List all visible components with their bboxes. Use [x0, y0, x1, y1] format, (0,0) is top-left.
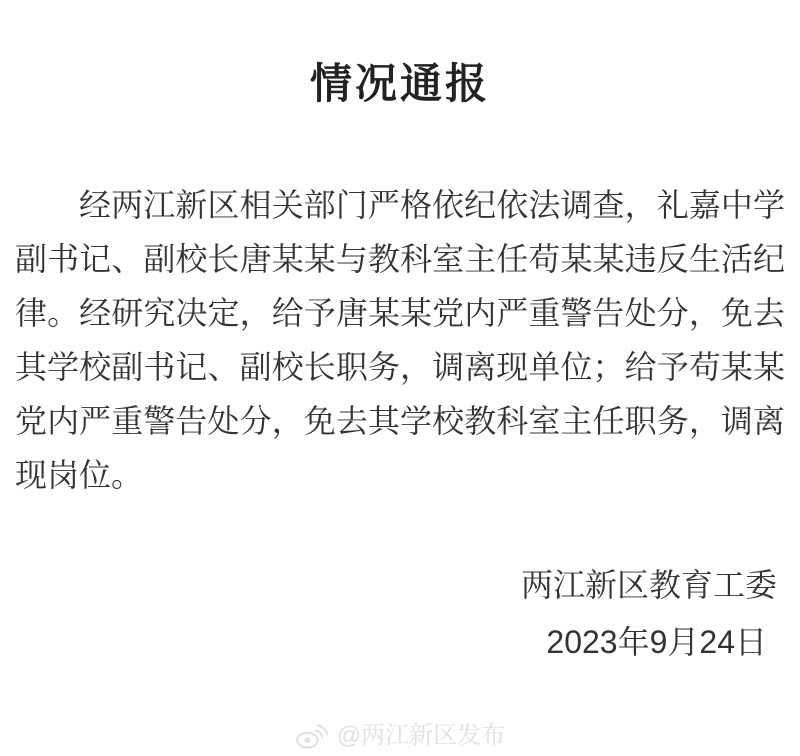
weibo-icon [295, 722, 329, 750]
watermark-text: @两江新区发布 [337, 722, 505, 750]
notice-date: 2023年9月24日 [15, 615, 785, 669]
notice-document: 情况通报 经两江新区相关部门严格依纪依法调查，礼嘉中学副书记、副校长唐某某与教科… [0, 0, 800, 669]
watermark: @两江新区发布 [0, 722, 800, 750]
signature: 两江新区教育工委 [15, 558, 785, 612]
notice-body: 经两江新区相关部门严格依纪依法调查，礼嘉中学副书记、副校长唐某某与教科室主任苟某… [15, 178, 785, 502]
signoff-block: 两江新区教育工委 2023年9月24日 [15, 558, 785, 669]
page-title: 情况通报 [0, 62, 800, 106]
